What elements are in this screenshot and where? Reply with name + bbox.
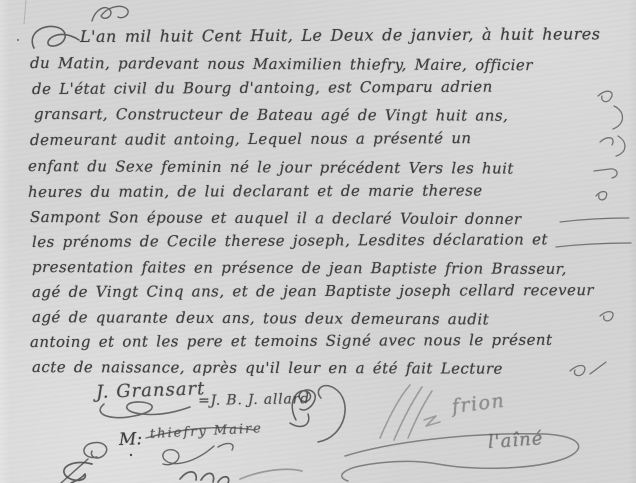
mayor-circle-flourish — [61, 442, 107, 483]
gransart-paraph — [100, 402, 190, 418]
manuscript-page: L'an mil huit Cent Huit, Le Deux de janv… — [0, 0, 636, 483]
ink-dot — [130, 454, 132, 456]
line-end-flourish — [594, 169, 617, 178]
top-paraph-mark — [92, 6, 128, 21]
ink-speck — [17, 39, 19, 41]
manuscript-line: demeurant audit antoing, Lequel nous a p… — [30, 129, 472, 149]
manuscript-line: de L'état civil du Bourg d'antoing, est … — [32, 78, 493, 98]
manuscript-line: enfant du Sexe feminin né le jour précéd… — [28, 157, 514, 178]
mayor-underloop — [163, 443, 233, 464]
manuscript-line: les prénoms de Cecile therese joseph, Le… — [32, 230, 548, 251]
manuscript-line: heures du matin, de lui declarant et de … — [28, 181, 483, 201]
manuscript-line: agé de quarante deux ans, tous deux deme… — [32, 308, 489, 328]
signature-mayor: thiefry Maire — [150, 421, 264, 442]
signature-allard: =J. B. J. allard — [198, 391, 310, 409]
manuscript-line: acte de naissance, après qu'il leur en a… — [32, 358, 503, 378]
signature-frion: frion — [451, 390, 507, 418]
filler-dash — [560, 218, 629, 222]
manuscript-line: L'an mil huit Cent Huit, Le Deux de janv… — [80, 24, 600, 46]
line-end-flourish — [613, 106, 623, 129]
manuscript-line: du Matin, pardevant nous Maximilien thie… — [30, 54, 533, 74]
filler-dash — [556, 243, 631, 247]
frion-initials-strokes — [380, 385, 440, 440]
line-end-flourish — [600, 312, 613, 321]
manuscript-line: gransart, Constructeur de Bateau agé de … — [34, 105, 508, 125]
signature-mayor-initial: M: — [119, 429, 143, 450]
signature-frion-laine: l'aîné — [487, 428, 544, 453]
manuscript-line: antoing et ont les pere et temoins Signé… — [30, 331, 553, 351]
manuscript-line: presentation faites en présence de jean … — [32, 258, 567, 278]
manuscript-line: agé de Vingt Cinq ans, et de jean Baptis… — [32, 281, 594, 301]
allard-name: J. B. J. allard — [210, 391, 310, 409]
line-end-flourish — [600, 136, 625, 156]
line-end-flourish — [570, 362, 606, 376]
paper-fold-line — [24, 0, 26, 24]
line-end-flourish — [596, 192, 607, 200]
manuscript-line: Sampont Son épouse et auquel il a declar… — [30, 208, 522, 228]
allard-prefix-mark: = — [198, 393, 211, 409]
paraph-loop — [318, 386, 345, 442]
line-end-flourish — [598, 91, 612, 101]
signature-gransart: J. Gransart — [96, 378, 206, 403]
next-entry-cutoff-strokes — [64, 462, 302, 483]
initial-letter-swash — [32, 26, 79, 48]
